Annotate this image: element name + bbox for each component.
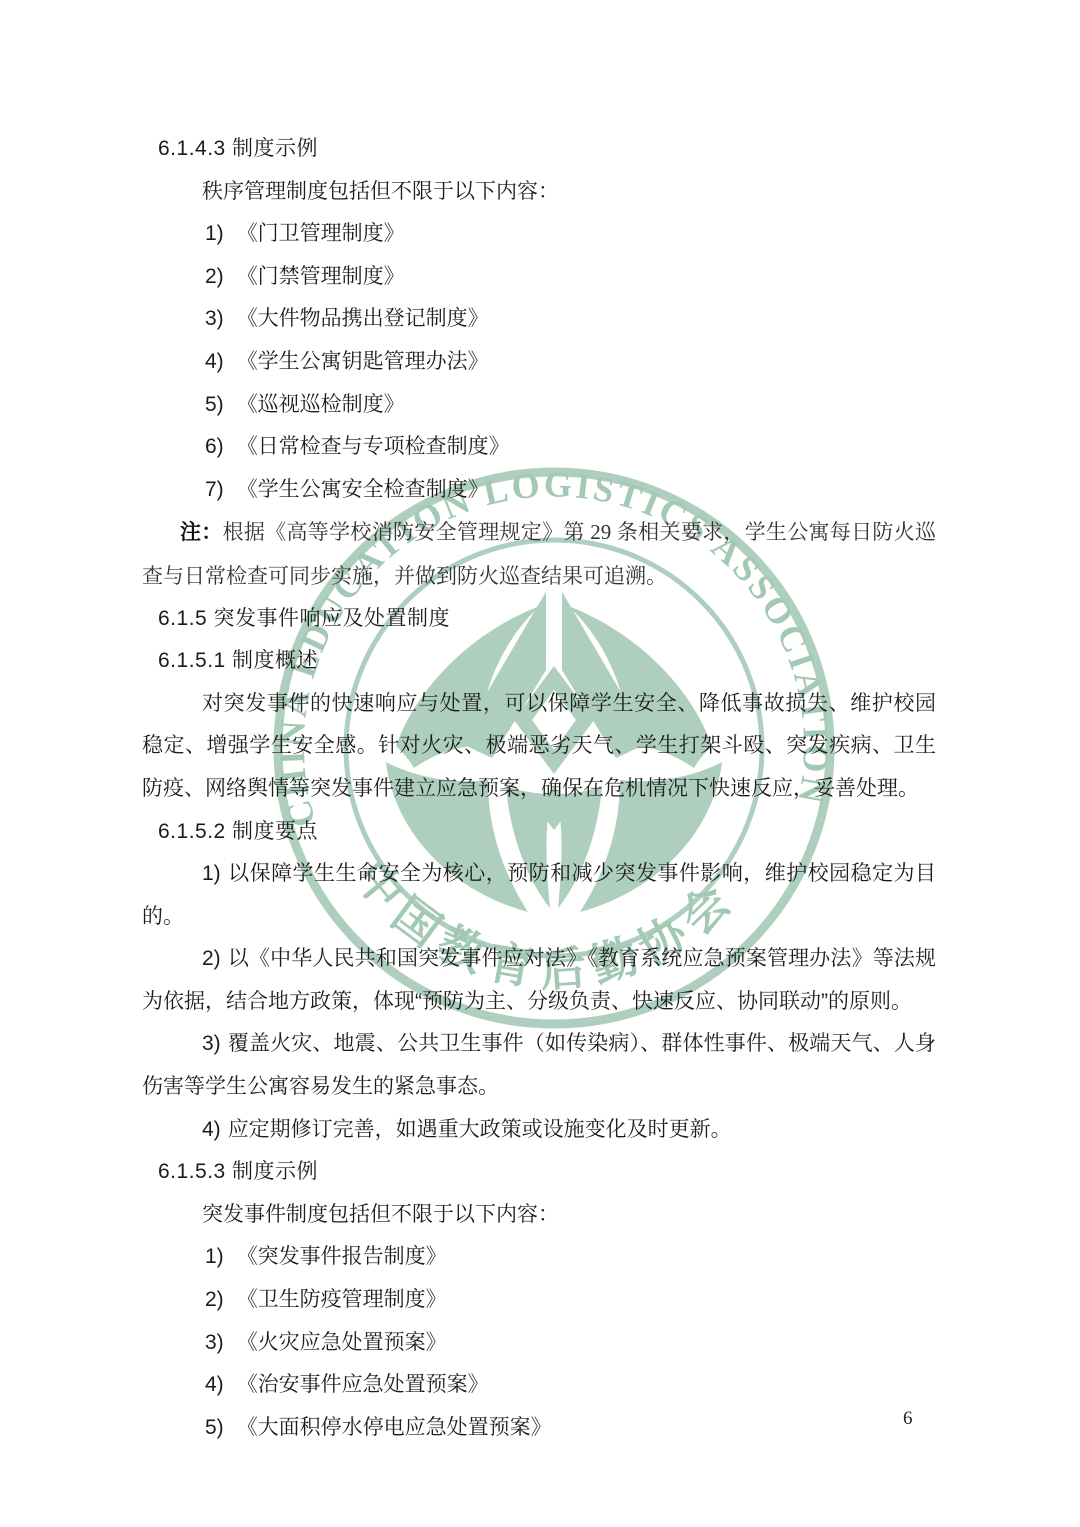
point-text: 覆盖火灾、地震、公共卫生事件（如传染病）、群体性事件、极端天气、人身伤害等学生公… (142, 1032, 936, 1098)
list-item-text: 《大面积停水停电应急处置预案》 (237, 1416, 552, 1439)
list-item: 5)《大面积停水停电应急处置预案》 (142, 1407, 936, 1450)
list-item-number: 5) (205, 1416, 224, 1439)
list-item-number: 5) (205, 393, 224, 416)
list-item-text: 《卫生防疫管理制度》 (237, 1288, 447, 1311)
list-item: 2)《卫生防疫管理制度》 (142, 1279, 936, 1322)
point-item: 1)以保障学生生命安全为核心，预防和减少突发事件影响，维护校园稳定为目的。 (142, 853, 936, 938)
point-item: 3)覆盖火灾、地震、公共卫生事件（如传染病）、群体性事件、极端天气、人身伤害等学… (142, 1023, 936, 1108)
note-text: 根据《高等学校消防安全管理规定》第 29 条相关要求，学生公寓每日防火巡查与日常… (142, 520, 936, 588)
list-item-number: 6) (205, 435, 224, 458)
point-number: 2) (202, 947, 221, 970)
list-item-text: 《门卫管理制度》 (237, 222, 405, 245)
list-item-text: 《火灾应急处置预案》 (237, 1331, 447, 1354)
point-number: 3) (202, 1032, 221, 1055)
list-item: 1)《门卫管理制度》 (142, 213, 936, 256)
section-intro: 突发事件制度包括但不限于以下内容： (142, 1194, 936, 1237)
list-item-text: 《学生公寓安全检查制度》 (237, 478, 489, 501)
point-number: 4) (202, 1118, 221, 1141)
list-item-number: 7) (205, 478, 224, 501)
list-item: 1)《突发事件报告制度》 (142, 1236, 936, 1279)
section-heading-6153: 6.1.5.3 制度示例 (142, 1151, 936, 1194)
list-item: 6)《日常检查与专项检查制度》 (142, 426, 936, 469)
list-item-number: 4) (205, 350, 224, 373)
point-text: 应定期修订完善，如遇重大政策或设施变化及时更新。 (228, 1118, 732, 1141)
point-item: 4)应定期修订完善，如遇重大政策或设施变化及时更新。 (142, 1109, 936, 1152)
point-item: 2)以《中华人民共和国突发事件应对法》《教育系统应急预案管理办法》等法规为依据，… (142, 938, 936, 1023)
paragraph: 对突发事件的快速响应与处置，可以保障学生安全、降低事故损失、维护校园稳定、增强学… (142, 683, 936, 811)
list-item-text: 《大件物品携出登记制度》 (237, 307, 489, 330)
list-item-number: 3) (205, 307, 224, 330)
list-item-number: 4) (205, 1373, 224, 1396)
document-page: CHINA EDUCATION LOGISTICS ASSOCIATION 中国… (0, 0, 1080, 1527)
list-item-number: 1) (205, 222, 224, 245)
list-item-text: 《门禁管理制度》 (237, 265, 405, 288)
page-number: 6 (903, 1408, 913, 1430)
point-text: 以保障学生生命安全为核心，预防和减少突发事件影响，维护校园稳定为目的。 (142, 862, 936, 928)
list-item-text: 《日常检查与专项检查制度》 (237, 435, 510, 458)
list-item-number: 3) (205, 1331, 224, 1354)
list-item: 4)《治安事件应急处置预案》 (142, 1364, 936, 1407)
list-item-number: 2) (205, 1288, 224, 1311)
section-heading-6152: 6.1.5.2 制度要点 (142, 811, 936, 854)
list-item-text: 《学生公寓钥匙管理办法》 (237, 350, 489, 373)
list-item-text: 《巡视巡检制度》 (237, 393, 405, 416)
list-item-number: 1) (205, 1245, 224, 1268)
section-intro: 秩序管理制度包括但不限于以下内容： (142, 171, 936, 214)
list-item: 2)《门禁管理制度》 (142, 256, 936, 299)
section-heading-6151: 6.1.5.1 制度概述 (142, 640, 936, 683)
point-text: 以《中华人民共和国突发事件应对法》《教育系统应急预案管理办法》等法规为依据，结合… (142, 947, 936, 1013)
list-item: 3)《大件物品携出登记制度》 (142, 298, 936, 341)
point-number: 1) (202, 862, 221, 885)
section-heading-615: 6.1.5 突发事件响应及处置制度 (142, 598, 936, 641)
note: 注：根据《高等学校消防安全管理规定》第 29 条相关要求，学生公寓每日防火巡查与… (142, 511, 936, 597)
section-heading-6143: 6.1.4.3 制度示例 (142, 128, 936, 171)
list-item: 5)《巡视巡检制度》 (142, 384, 936, 427)
note-label: 注： (180, 521, 223, 544)
list-item: 7)《学生公寓安全检查制度》 (142, 469, 936, 512)
document-body: 6.1.4.3 制度示例 秩序管理制度包括但不限于以下内容： 1)《门卫管理制度… (142, 128, 936, 1449)
list-item-number: 2) (205, 265, 224, 288)
list-item-text: 《治安事件应急处置预案》 (237, 1373, 489, 1396)
list-item-text: 《突发事件报告制度》 (237, 1245, 447, 1268)
list-item: 3)《火灾应急处置预案》 (142, 1322, 936, 1365)
list-item: 4)《学生公寓钥匙管理办法》 (142, 341, 936, 384)
